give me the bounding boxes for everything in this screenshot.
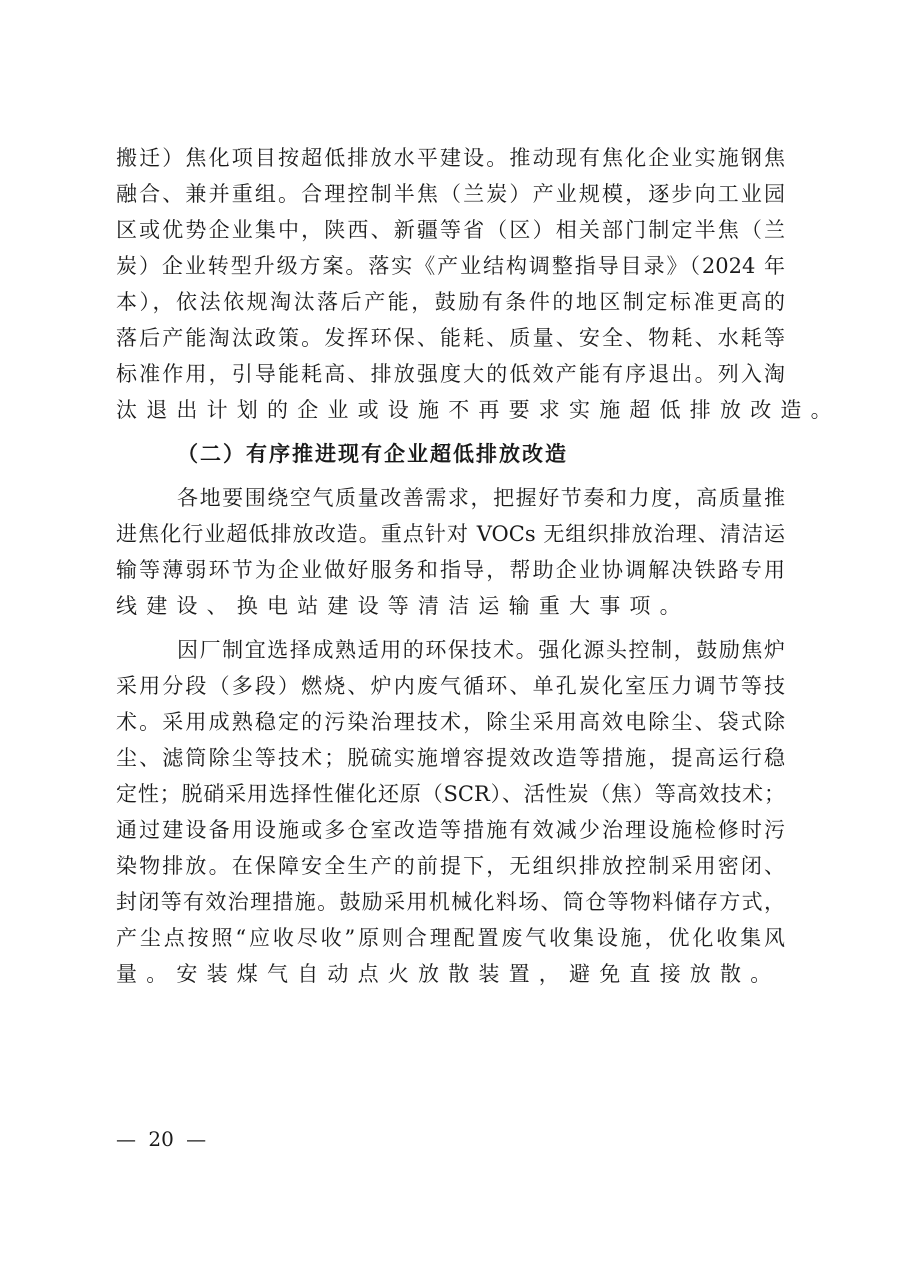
text-line: 区或优势企业集中，陕西、新疆等省（区）相关部门制定半焦（兰	[116, 212, 785, 248]
text-line: 量。安装煤气自动点火放散装置，避免直接放散。	[116, 956, 785, 992]
text-line: 术。采用成熟稳定的污染治理技术，除尘采用高效电除尘、袋式除	[116, 704, 785, 740]
text-line: 采用分段（多段）燃烧、炉内废气循环、单孔炭化室压力调节等技	[116, 668, 785, 704]
text-line: 封闭等有效治理措施。鼓励采用机械化料场、筒仓等物料储存方式，	[116, 884, 785, 920]
text-line: 炭）企业转型升级方案。落实《产业结构调整指导目录》（2024 年	[116, 248, 785, 284]
text-line: 尘、滤筒除尘等技术；脱硫实施增容提效改造等措施，提高运行稳	[116, 740, 785, 776]
section-heading: （二）有序推进现有企业超低排放改造	[177, 436, 568, 472]
text-line: 搬迁）焦化项目按超低排放水平建设。推动现有焦化企业实施钢焦	[116, 140, 785, 176]
text-line: 标准作用，引导能耗高、排放强度大的低效产能有序退出。列入淘	[116, 356, 785, 392]
text-line: 汰退出计划的企业或设施不再要求实施超低排放改造。	[116, 392, 785, 428]
text-line: 产尘点按照“应收尽收”原则合理配置废气收集设施，优化收集风	[116, 920, 785, 956]
text-line: 本），依法依规淘汰落后产能，鼓励有条件的地区制定标准更高的	[116, 284, 785, 320]
text-line: 融合、兼并重组。合理控制半焦（兰炭）产业规模，逐步向工业园	[116, 176, 785, 212]
text-line: 染物排放。在保障安全生产的前提下，无组织排放控制采用密闭、	[116, 848, 785, 884]
document-page: 搬迁）焦化项目按超低排放水平建设。推动现有焦化企业实施钢焦 融合、兼并重组。合理…	[0, 0, 900, 1272]
text-line: 进焦化行业超低排放改造。重点针对 VOCs 无组织排放治理、清洁运	[116, 516, 785, 552]
text-line: 输等薄弱环节为企业做好服务和指导，帮助企业协调解决铁路专用	[116, 552, 785, 588]
page-number: — 20 —	[116, 1124, 206, 1154]
text-line: 线建设、换电站建设等清洁运输重大事项。	[116, 588, 785, 624]
text-line: 通过建设备用设施或多仓室改造等措施有效减少治理设施检修时污	[116, 812, 785, 848]
text-line: 落后产能淘汰政策。发挥环保、能耗、质量、安全、物耗、水耗等	[116, 320, 785, 356]
text-line: 因厂制宜选择成熟适用的环保技术。强化源头控制，鼓励焦炉	[116, 632, 785, 668]
text-line: 定性；脱硝采用选择性催化还原（SCR）、活性炭（焦）等高效技术；	[116, 776, 785, 812]
text-line: 各地要围绕空气质量改善需求，把握好节奏和力度，高质量推	[116, 480, 785, 516]
